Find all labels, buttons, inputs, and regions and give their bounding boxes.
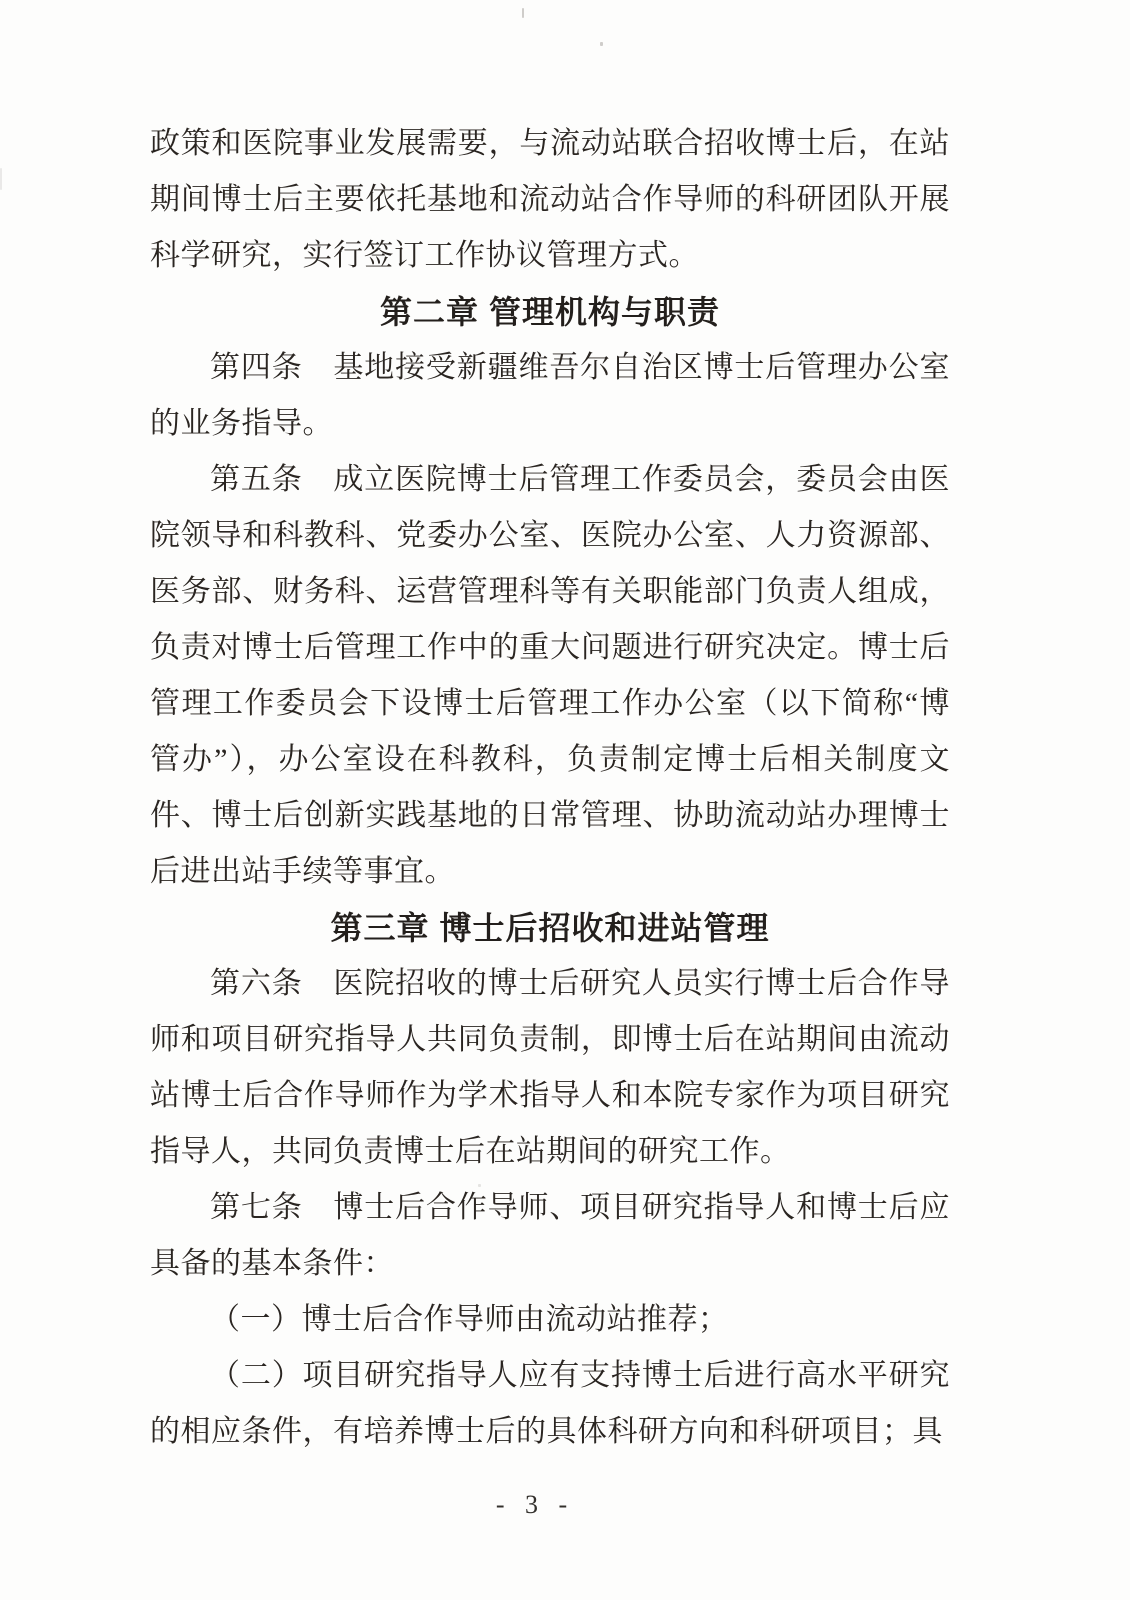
scan-artifact [522,8,524,18]
document-page: 政策和医院事业发展需要，与流动站联合招收博士后，在站期间博士后主要依托基地和流动… [0,0,1130,1600]
article-5-paragraph: 第五条 成立医院博士后管理工作委员会，委员会由医院领导和科教科、党委办公室、医院… [150,452,950,900]
paragraph-continuation: 政策和医院事业发展需要，与流动站联合招收博士后，在站期间博士后主要依托基地和流动… [150,116,950,284]
document-body: 政策和医院事业发展需要，与流动站联合招收博士后，在站期间博士后主要依托基地和流动… [150,116,950,1520]
chapter-3-heading: 第三章 博士后招收和进站管理 [150,900,950,956]
article-7-item-1: （一）博士后合作导师由流动站推荐； [150,1292,950,1348]
page-number: - 3 - [150,1490,950,1520]
scan-artifact [0,168,2,190]
article-6-paragraph: 第六条 医院招收的博士后研究人员实行博士后合作导师和项目研究指导人共同负责制，即… [150,956,950,1180]
chapter-2-heading: 第二章 管理机构与职责 [150,284,950,340]
article-7-paragraph: 第七条 博士后合作导师、项目研究指导人和博士后应具备的基本条件： [150,1180,950,1292]
article-4-paragraph: 第四条 基地接受新疆维吾尔自治区博士后管理办公室的业务指导。 [150,340,950,452]
article-7-item-2: （二）项目研究指导人应有支持博士后进行高水平研究的相应条件，有培养博士后的具体科… [150,1348,950,1460]
scan-artifact [600,42,603,46]
